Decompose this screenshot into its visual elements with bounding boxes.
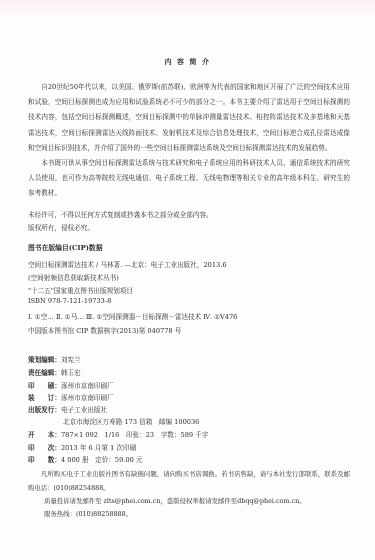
credit-label: 策划编辑： xyxy=(28,354,61,364)
cip-line-project: "十二五"国家重点图书出版规划项目 xyxy=(28,285,133,295)
summary-title: 内 容 简 介 xyxy=(0,57,375,67)
credit-label: 责任编辑： xyxy=(28,367,61,377)
credit-value: 2013 年 6 月第 1 次印刷 xyxy=(61,444,136,452)
credit-binding: 装 订：涿州市京南印刷厂 xyxy=(28,392,114,402)
cip-line-series: (空间射频信息获取新技术丛书) xyxy=(28,272,119,282)
credit-label: 装 订： xyxy=(28,392,61,402)
notice-complaint-email: 质量投诉请发邮件至 zlts@phei.com.cn，盗版侵权举报请发邮件至db… xyxy=(44,496,306,505)
credit-value: 涿州市京南印刷厂 xyxy=(61,382,114,390)
credit-label: 开 本： xyxy=(28,429,61,439)
credit-value: 4 000 册 定价：59.00 元 xyxy=(61,456,143,464)
notice-paragraph: 凡所购买电子工业出版社图书有缺损问题，请向购买书店调换。若书店售缺，请与本社发行… xyxy=(28,467,350,495)
credit-value: 787×1 092 1/16 印张：23 字数：589 千字 xyxy=(61,431,208,439)
cip-heading: 图书在版编目(CIP)数据 xyxy=(28,242,103,252)
copyright-line-1: 未经许可，不得以任何方式复制或抄袭本书之部分或全部内容。 xyxy=(28,209,213,219)
credit-label: 印 刷： xyxy=(28,380,61,390)
credit-responsible-editor: 责任编辑：韩玉宏 xyxy=(28,367,81,377)
summary-paragraph-2: 本书既可供从事空间目标探测雷达系统与技术研究和电子系统应用的科研技术人员、通信系… xyxy=(28,156,350,202)
notice-service-hotline: 服务热线：(010)88258888。 xyxy=(44,509,132,518)
cip-line-classification: Ⅰ. ①空… Ⅱ. ①马… Ⅲ. ①空间探测器－目标探测－雷达技术 Ⅳ. ①V4… xyxy=(28,311,237,321)
credit-value: 涿州市京南印刷厂 xyxy=(61,394,114,402)
cip-line-title: 空间目标探测雷达技术 / 马林著. —北京：电子工业出版社，2013.6 xyxy=(28,259,227,269)
copyright-page: 内 容 简 介 自20世纪50年代以来，以美国、俄罗斯(前苏联)、欧洲等为代表的… xyxy=(0,0,375,560)
copyright-line-2: 版权所有，侵权必究。 xyxy=(28,222,94,232)
credit-value: 韩玉宏 xyxy=(61,369,81,377)
credit-value: 刘宪兰 xyxy=(61,356,81,364)
credit-label: 印 次： xyxy=(28,442,61,452)
credit-printing: 印 刷：涿州市京南印刷厂 xyxy=(28,380,114,390)
summary-paragraph-1: 自20世纪50年代以来，以美国、俄罗斯(前苏联)、欧洲等为代表的国家和地区开展了… xyxy=(28,80,350,156)
credit-publisher: 出版发行：电子工业出版社 xyxy=(28,404,107,414)
credit-impression: 印 次：2013 年 6 月第 1 次印刷 xyxy=(28,442,136,452)
cip-line-isbn: ISBN 978-7-121-19733-8 xyxy=(28,297,111,305)
credit-publisher-address: 北京市海淀区万寿路 173 信箱 邮编 100036 xyxy=(63,416,199,426)
credit-format: 开 本：787×1 092 1/16 印张：23 字数：589 千字 xyxy=(28,429,208,439)
cip-line-record: 中国版本图书馆 CIP 数据核字(2013)第 040778 号 xyxy=(28,325,181,335)
credit-label: 印 数： xyxy=(28,454,61,464)
credit-print-run: 印 数：4 000 册 定价：59.00 元 xyxy=(28,454,142,464)
credit-planning-editor: 策划编辑：刘宪兰 xyxy=(28,354,81,364)
credit-label: 出版发行： xyxy=(28,404,61,414)
credit-value: 电子工业出版社 xyxy=(61,406,107,414)
